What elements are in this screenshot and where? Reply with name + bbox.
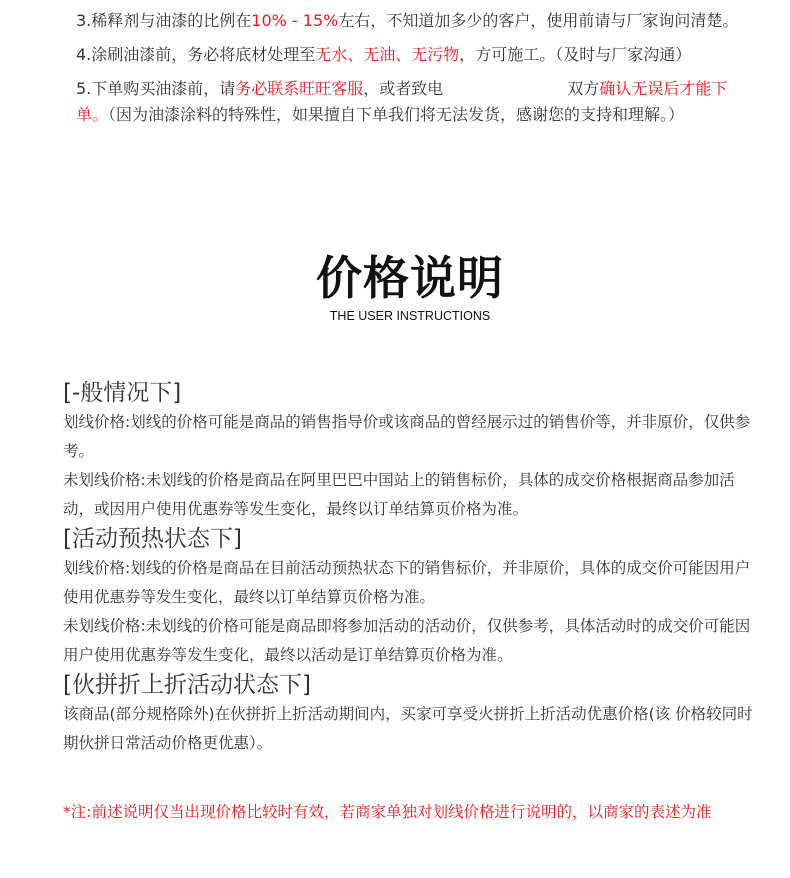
note-text: 3.稀释剂与油漆的比例在 — [76, 11, 251, 30]
section-paragraph: 未划线价格:未划线的价格是商品在阿里巴巴中国站上的销售标价，具体的成交价格根据商… — [63, 466, 763, 524]
note-text: ，或者致电 — [363, 79, 443, 98]
note-text: 左右，不知道加多少的客户，使用前请与厂家询问清楚。 — [338, 11, 738, 30]
note-text: （因为油漆涂料的特殊性，如果擅自下单我们将无法发货，感谢您的支持和理解。） — [108, 105, 684, 124]
note-text: 5.下单购买油漆前，请 — [76, 79, 235, 98]
note-highlight: 无水、无油、无污物 — [315, 45, 459, 64]
section-heading: [-般情况下] — [63, 378, 763, 408]
note-highlight: 10% - 15% — [251, 11, 338, 30]
usage-notes: 3.稀释剂与油漆的比例在10% - 15%左右，不知道加多少的客户，使用前请与厂… — [76, 8, 744, 136]
note-4: 4.涂刷油漆前，务必将底材处理至无水、无油、无污物，方可施工。（及时与厂家沟通） — [76, 42, 744, 68]
section-paragraph: 划线价格:划线的价格是商品在目前活动预热状态下的销售标价，并非原价，具体的成交价… — [63, 554, 763, 612]
note-text: 双方 — [567, 79, 599, 98]
note-text: 4.涂刷油漆前，务必将底材处理至 — [76, 45, 315, 64]
note-text: ，方可施工。（及时与厂家沟通） — [459, 45, 691, 64]
note-5: 5.下单购买油漆前，请务必联系旺旺客服，或者致电双方确认无误后才能下单。（因为油… — [76, 76, 744, 128]
page-subtitle: THE USER INSTRUCTIONS — [30, 307, 790, 325]
note-3: 3.稀释剂与油漆的比例在10% - 15%左右，不知道加多少的客户，使用前请与厂… — [76, 8, 744, 34]
disclaimer-note: *注:前述说明仅当出现价格比较时有效，若商家单独对划线价格进行说明的，以商家的表… — [63, 797, 763, 828]
page-title: 价格说明 — [30, 250, 790, 306]
pricing-section-general: [-般情况下] 划线价格:划线的价格可能是商品的销售指导价或该商品的曾经展示过的… — [63, 378, 763, 524]
section-paragraph: 该商品(部分规格除外)在伙拼折上折活动期间内，买家可享受火拼折上折活动优惠价格(… — [63, 700, 763, 758]
product-detail-page: 3.稀释剂与油漆的比例在10% - 15%左右，不知道加多少的客户，使用前请与厂… — [0, 0, 790, 878]
section-paragraph: 未划线价格:未划线的价格可能是商品即将参加活动的活动价，仅供参考，具体活动时的成… — [63, 612, 763, 670]
pricing-section-preheat: [活动预热状态下] 划线价格:划线的价格是商品在目前活动预热状态下的销售标价，并… — [63, 524, 763, 670]
section-heading: [活动预热状态下] — [63, 524, 763, 554]
pricing-section-group-buy: [伙拼折上折活动状态下] 该商品(部分规格除外)在伙拼折上折活动期间内，买家可享… — [63, 670, 763, 758]
section-heading: [伙拼折上折活动状态下] — [63, 670, 763, 700]
note-highlight: 务必联系旺旺客服 — [235, 79, 363, 98]
pricing-explanation: [-般情况下] 划线价格:划线的价格可能是商品的销售指导价或该商品的曾经展示过的… — [63, 378, 763, 758]
section-paragraph: 划线价格:划线的价格可能是商品的销售指导价或该商品的曾经展示过的销售价等，并非原… — [63, 408, 763, 466]
section-title-block: 价格说明 THE USER INSTRUCTIONS — [0, 250, 790, 325]
